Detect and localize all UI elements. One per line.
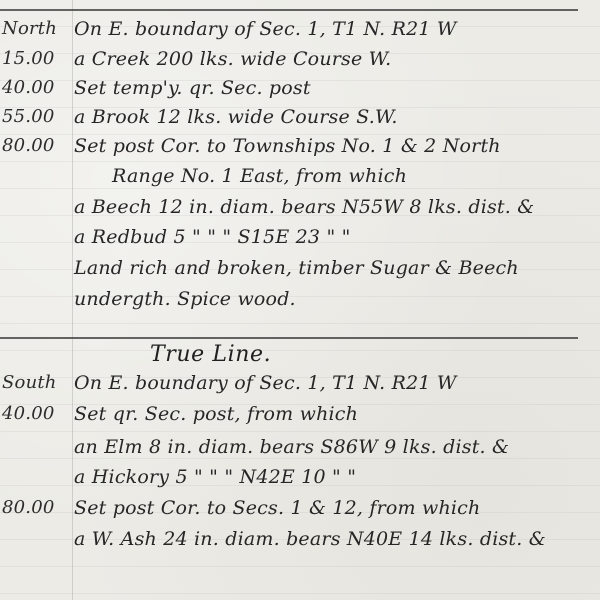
entry-distance: 40.00 — [2, 403, 72, 424]
entry-line: North On E. boundary of Sec. 1, T1 N. R2… — [0, 18, 600, 48]
entry-text: a Brook 12 lks. wide Course S.W. — [74, 106, 398, 128]
entry-line: 80.00 Set post Cor. to Secs. 1 & 12, fro… — [0, 497, 600, 527]
entry-text: a Hickory 5 " " " N42E 10 " " — [74, 466, 356, 488]
entry-line: 40.00 Set temp'y. qr. Sec. post — [0, 77, 600, 107]
entry-text: Land rich and broken, timber Sugar & Bee… — [74, 257, 519, 279]
section-divider — [0, 337, 578, 339]
entry-line: South On E. boundary of Sec. 1, T1 N. R2… — [0, 372, 600, 402]
entry-text: Set post Cor. to Secs. 1 & 12, from whic… — [74, 497, 480, 519]
entry-text: On E. boundary of Sec. 1, T1 N. R21 W — [74, 18, 457, 40]
entry-text: Set post Cor. to Townships No. 1 & 2 Nor… — [74, 135, 501, 157]
entry-line: an Elm 8 in. diam. bears S86W 9 lks. dis… — [0, 436, 600, 466]
entry-line: a Beech 12 in. diam. bears N55W 8 lks. d… — [0, 196, 600, 226]
entry-text: undergth. Spice wood. — [74, 288, 296, 310]
entry-text: Set qr. Sec. post, from which — [74, 403, 358, 425]
entry-text: a Beech 12 in. diam. bears N55W 8 lks. d… — [74, 196, 534, 218]
entry-text: On E. boundary of Sec. 1, T1 N. R21 W — [74, 372, 457, 394]
entry-line: undergth. Spice wood. — [0, 288, 600, 318]
document-page: North On E. boundary of Sec. 1, T1 N. R2… — [0, 0, 600, 600]
entry-distance: 80.00 — [2, 135, 72, 156]
entry-line: a Hickory 5 " " " N42E 10 " " — [0, 466, 600, 496]
entry-distance: 55.00 — [2, 106, 72, 127]
entry-text: Range No. 1 East, from which — [112, 165, 407, 187]
entry-line: 40.00 Set qr. Sec. post, from which — [0, 403, 600, 433]
entry-text: a Creek 200 lks. wide Course W. — [74, 48, 391, 70]
entry-distance: South — [2, 372, 72, 393]
entry-line: a W. Ash 24 in. diam. bears N40E 14 lks.… — [0, 528, 600, 558]
entry-line: 15.00 a Creek 200 lks. wide Course W. — [0, 48, 600, 78]
entry-distance: 40.00 — [2, 77, 72, 98]
entry-text: Set temp'y. qr. Sec. post — [74, 77, 311, 99]
entry-text: a W. Ash 24 in. diam. bears N40E 14 lks.… — [74, 528, 546, 550]
entry-text: a Redbud 5 " " " S15E 23 " " — [74, 226, 351, 248]
entry-text: an Elm 8 in. diam. bears S86W 9 lks. dis… — [74, 436, 509, 458]
entry-line: a Redbud 5 " " " S15E 23 " " — [0, 226, 600, 256]
entry-distance: 80.00 — [2, 497, 72, 518]
entry-line: Land rich and broken, timber Sugar & Bee… — [0, 257, 600, 287]
section-heading: True Line. — [150, 342, 271, 367]
entry-distance: 15.00 — [2, 48, 72, 69]
entry-line: 55.00 a Brook 12 lks. wide Course S.W. — [0, 106, 600, 136]
entry-line: Range No. 1 East, from which — [0, 165, 600, 195]
top-divider — [0, 9, 578, 11]
entry-distance: North — [2, 18, 72, 39]
entry-line: 80.00 Set post Cor. to Townships No. 1 &… — [0, 135, 600, 165]
